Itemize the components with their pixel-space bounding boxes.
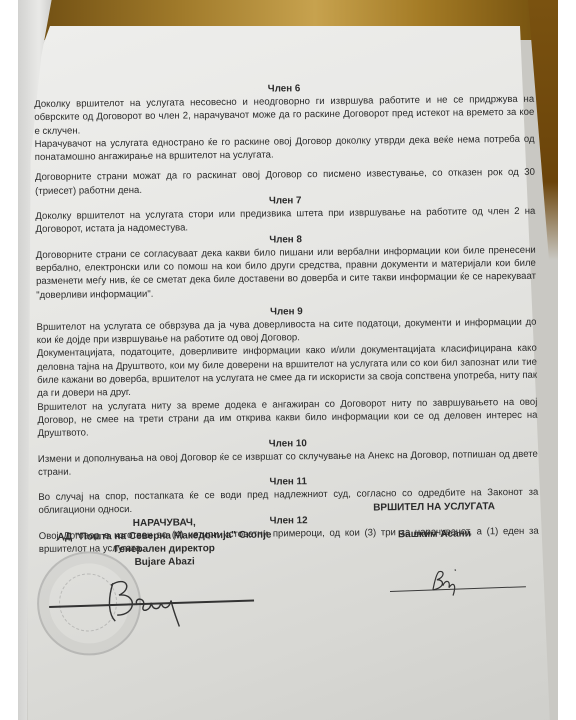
client-organization: АД "Пошта на Северна Македонија" Скопје <box>54 528 274 543</box>
article-9: Член 9 Вршителот на услугата се обврзува… <box>36 304 537 441</box>
article-paragraph: Договорните страни се согласуваат дека к… <box>36 243 537 301</box>
article-paragraph: Вршителот на услугата ниту за време доде… <box>37 395 537 440</box>
article-6: Член 6 Доколку вршителот на услугата нес… <box>34 81 535 165</box>
article-paragraph: Доколку вршителот на услугата несовесно … <box>34 93 534 138</box>
contractor-role: ВРШИТЕЛ НА УСЛУГАТА <box>344 501 524 514</box>
signature-block: НАРАЧУВАЧ, АД "Пошта на Северна Македони… <box>34 495 535 640</box>
contractor-name: Башким Асани <box>344 528 524 541</box>
article-7: Член 7 Доколку вршителот на услугата сто… <box>35 193 535 237</box>
article-8: Член 8 Договорните страни се согласуваат… <box>36 231 537 301</box>
client-signature-icon <box>93 570 204 631</box>
article-10: Член 10 Измени и дополнувања на овој Дог… <box>38 435 538 479</box>
article-paragraph: Документацијата, податоците, доверливите… <box>37 342 538 400</box>
contractor-signature-icon <box>427 565 467 599</box>
contract-body: Член 6 Доколку вршителот на услугата нес… <box>34 81 539 557</box>
contractor-signature-block: ВРШИТЕЛ НА УСЛУГАТА Башким Асани <box>344 501 524 541</box>
